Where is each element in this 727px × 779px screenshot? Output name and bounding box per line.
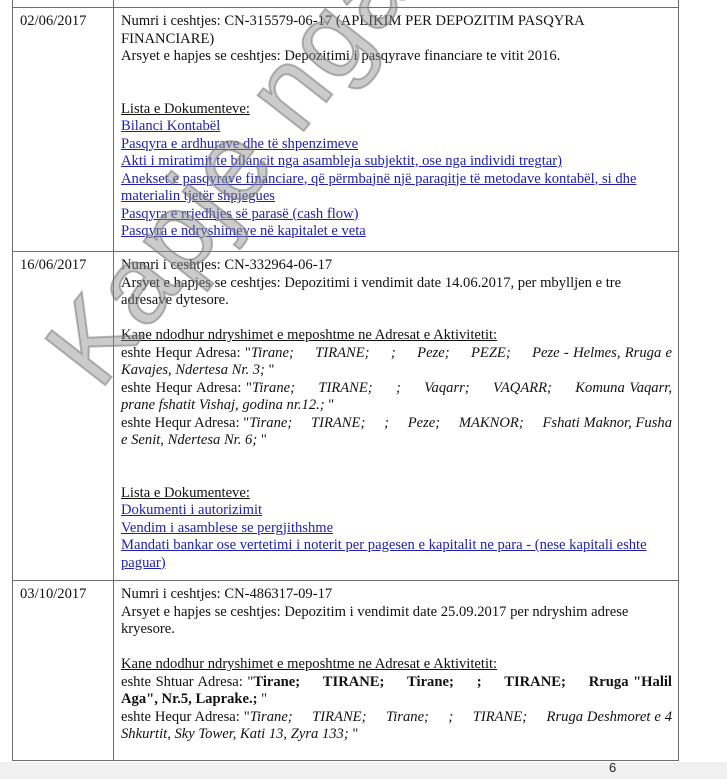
documents-heading: Lista e Dokumenteve: bbox=[121, 485, 672, 503]
changes-heading: Kane ndodhur ndryshimet e meposhtme ne A… bbox=[121, 327, 672, 345]
address-change: eshte Hequr Adresa: "Tirane; TIRANE; Tir… bbox=[121, 709, 672, 744]
case-number: Numri i ceshtjes: CN-315579-06-17 (APLIK… bbox=[121, 13, 672, 48]
date-cell: 16/06/2017 bbox=[13, 252, 114, 581]
table-row: 16/06/2017 Numri i ceshtjes: CN-332964-0… bbox=[13, 252, 679, 581]
date-cell: 02/06/2017 bbox=[13, 8, 114, 252]
table-row: 03/10/2017 Numri i ceshtjes: CN-486317-0… bbox=[13, 581, 679, 761]
content-cell bbox=[114, 0, 679, 8]
address-change: eshte Hequr Adresa: "Tirane; TIRANE; ; V… bbox=[121, 380, 672, 415]
case-number: Numri i ceshtjes: CN-486317-09-17 bbox=[121, 586, 672, 604]
case-reason: Arsyet e hapjes se ceshtjes: Depozitim i… bbox=[121, 604, 672, 639]
document-link[interactable]: Pasqyra e ardhurave dhe të shpenzimeve bbox=[121, 136, 672, 154]
address-change: eshte Hequr Adresa: "Tirane; TIRANE; ; P… bbox=[121, 415, 672, 450]
document-link[interactable]: Mandati bankar ose vertetimi i noterit p… bbox=[121, 537, 672, 572]
document-link[interactable]: Bilanci Kontabël bbox=[121, 118, 672, 136]
date-cell: 03/10/2017 bbox=[13, 581, 114, 761]
document-link[interactable]: Vendim i asamblese se pergjithshme bbox=[121, 520, 672, 538]
address-change: eshte Shtuar Adresa: "Tirane; TIRANE; Ti… bbox=[121, 674, 672, 709]
documents-heading: Lista e Dokumenteve: bbox=[121, 101, 672, 119]
document-link[interactable]: Pasqyra e rrjedhjes së parasë (cash flow… bbox=[121, 206, 672, 224]
content-cell: Numri i ceshtjes: CN-486317-09-17 Arsyet… bbox=[114, 581, 679, 761]
document-link[interactable]: Pasqyra e ndryshimeve në kapitalet e vet… bbox=[121, 223, 672, 241]
document-link[interactable]: Akti i miratimit te bilancit nga asamble… bbox=[121, 153, 672, 171]
content-cell: Numri i ceshtjes: CN-315579-06-17 (APLIK… bbox=[114, 8, 679, 252]
table-row: 02/06/2017 Numri i ceshtjes: CN-315579-0… bbox=[13, 8, 679, 252]
case-reason: Arsyet e hapjes se ceshtjes: Depozitimi … bbox=[121, 275, 672, 310]
table-row-previous-end bbox=[13, 0, 679, 8]
case-number: Numri i ceshtjes: CN-332964-06-17 bbox=[121, 257, 672, 275]
document-link[interactable]: Dokumenti i autorizimit bbox=[121, 502, 672, 520]
case-reason: Arsyet e hapjes se ceshtjes: Depozitimi … bbox=[121, 48, 672, 66]
document-link[interactable]: Anekset e pasqyrave financiare, që përmb… bbox=[121, 171, 672, 206]
case-history-table: 02/06/2017 Numri i ceshtjes: CN-315579-0… bbox=[12, 0, 679, 761]
page-number: 6 bbox=[609, 760, 616, 775]
content-cell: Numri i ceshtjes: CN-332964-06-17 Arsyet… bbox=[114, 252, 679, 581]
date-cell bbox=[13, 0, 114, 8]
address-change: eshte Hequr Adresa: "Tirane; TIRANE; ; P… bbox=[121, 345, 672, 380]
changes-heading: Kane ndodhur ndryshimet e meposhtme ne A… bbox=[121, 656, 672, 674]
document-page: 02/06/2017 Numri i ceshtjes: CN-315579-0… bbox=[0, 0, 727, 762]
page-gap bbox=[0, 762, 727, 779]
